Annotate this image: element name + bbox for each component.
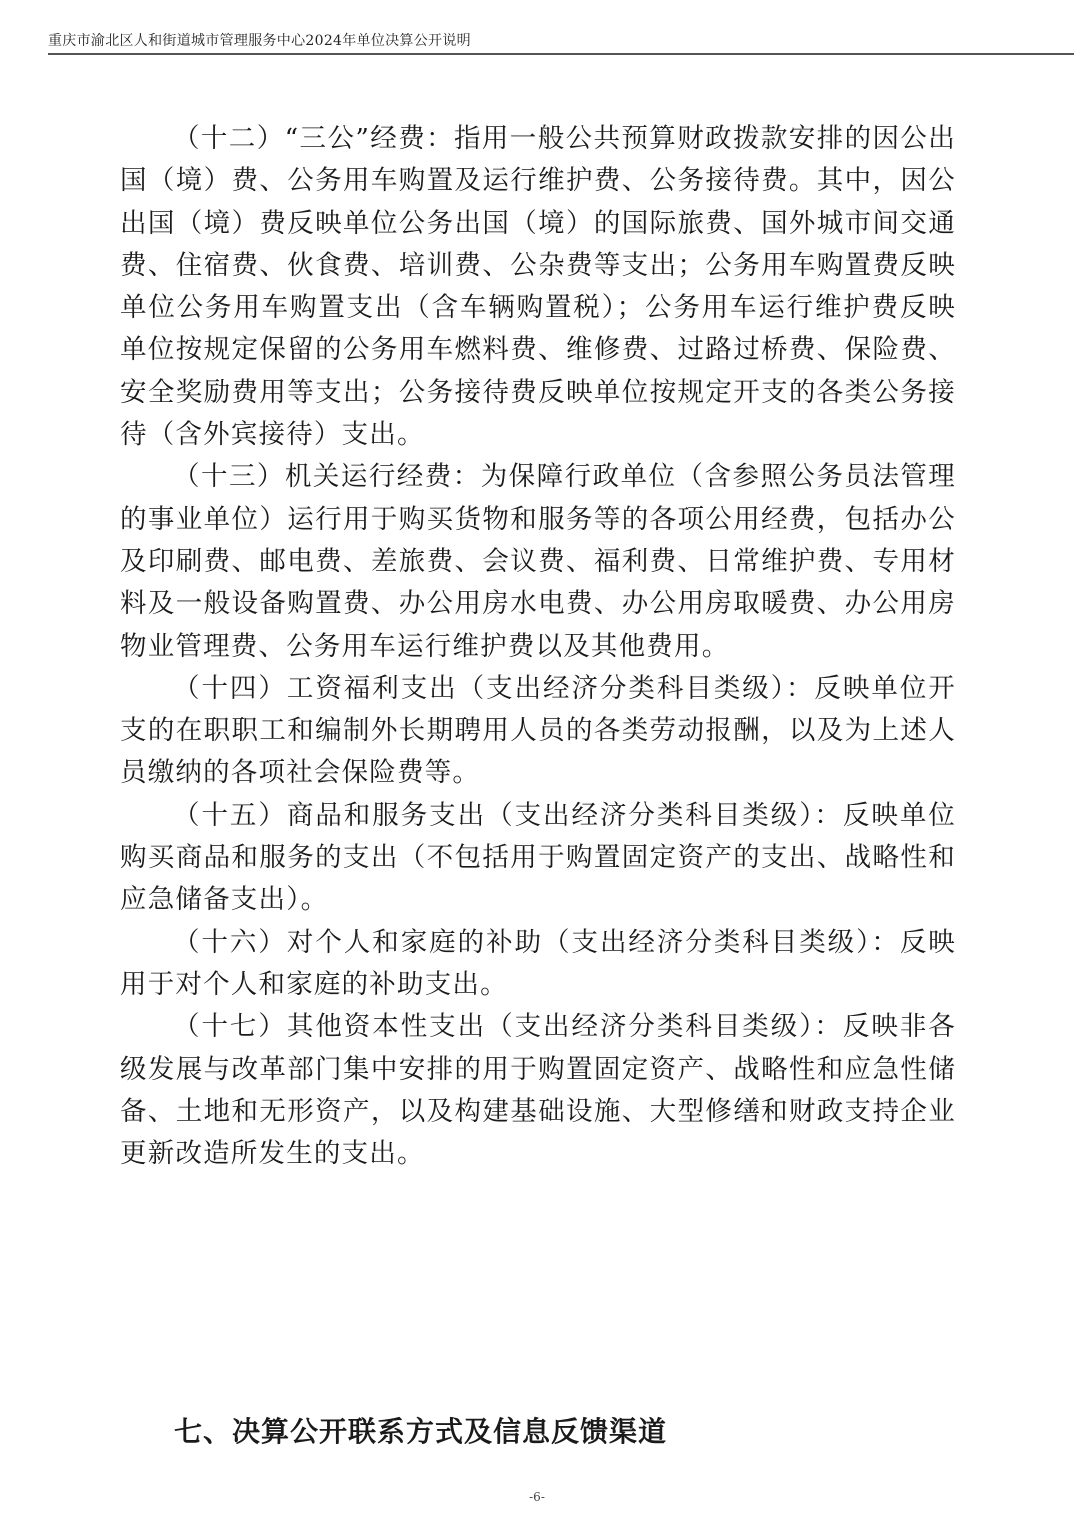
paragraph-seventeen: （十七）其他资本性支出（支出经济分类科目类级）：反映非各级发展与改革部门集中安排… — [120, 1006, 956, 1175]
document-body: （十二）“三公”经费：指用一般公共预算财政拨款安排的因公出国（境）费、公务用车购… — [120, 118, 956, 1175]
paragraph-thirteen: （十三）机关运行经费：为保障行政单位（含参照公务员法管理的事业单位）运行用于购买… — [120, 456, 956, 667]
paragraph-fifteen: （十五）商品和服务支出（支出经济分类科目类级）：反映单位购买商品和服务的支出（不… — [120, 795, 956, 922]
section-heading: 七、决算公开联系方式及信息反馈渠道 — [174, 1410, 667, 1450]
paragraph-fourteen: （十四）工资福利支出（支出经济分类科目类级）：反映单位开支的在职职工和编制外长期… — [120, 668, 956, 795]
page-number: -6- — [0, 1490, 1074, 1504]
header-divider — [48, 53, 1074, 55]
paragraph-sixteen: （十六）对个人和家庭的补助（支出经济分类科目类级）：反映用于对个人和家庭的补助支… — [120, 922, 956, 1007]
document-header: 重庆市渝北区人和街道城市管理服务中心2024年单位决算公开说明 — [48, 30, 471, 50]
paragraph-twelve: （十二）“三公”经费：指用一般公共预算财政拨款安排的因公出国（境）费、公务用车购… — [120, 118, 956, 456]
